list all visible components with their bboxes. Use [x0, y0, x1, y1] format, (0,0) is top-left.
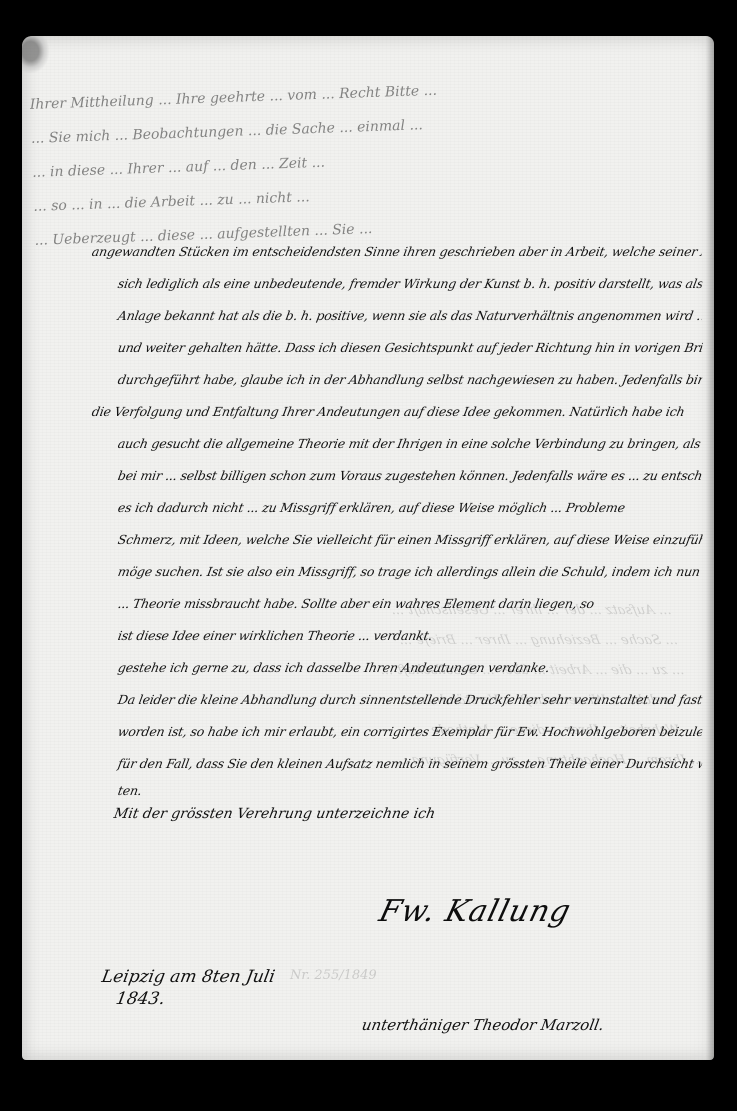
body-line: bei mir ... selbst billigen schon zum Vo…	[89, 460, 705, 492]
body-line: angewandten Stücken im entscheidendsten …	[89, 236, 705, 268]
archive-number: Nr. 255/1849	[290, 968, 377, 983]
body-line: ten.	[90, 780, 704, 802]
signature: Fw. Kallung	[376, 894, 575, 929]
year: 1843.	[96, 988, 273, 1010]
body-line: Anlage bekannt hat als die b. h. positiv…	[89, 300, 705, 332]
body-line: ... Theorie missbraucht habe. Sollte abe…	[89, 588, 705, 620]
body-line: worden ist, so habe ich mir erlaubt, ein…	[89, 716, 705, 748]
sender-name: unterthäniger Theodor Marzoll.	[360, 1016, 605, 1034]
place-date-line: Leipzig am 8ten Juli	[100, 966, 277, 988]
place-and-date: Leipzig am 8ten Juli 1843.	[96, 966, 276, 1010]
body-line: ist diese Idee einer wirklichen Theorie …	[89, 620, 705, 652]
body-line: sich lediglich als eine unbedeutende, fr…	[89, 268, 705, 300]
body-line: gestehe ich gerne zu, dass ich dasselbe …	[89, 652, 705, 684]
body-line: Schmerz, mit Ideen, welche Sie vielleich…	[89, 524, 705, 556]
page-edge-shadow	[706, 36, 714, 1060]
body-line: möge suchen. Ist sie also ein Missgriff,…	[89, 556, 705, 588]
torn-corner	[22, 36, 50, 74]
body-line: auch gesucht die allgemeine Theorie mit …	[89, 428, 705, 460]
body-line: für den Fall, dass Sie den kleinen Aufsa…	[89, 748, 705, 780]
body-line: die Verfolgung und Entfaltung Ihrer Ande…	[89, 396, 705, 428]
letter-body: angewandten Stücken im entscheidendsten …	[92, 236, 702, 802]
body-line: durchgeführt habe, glaube ich in der Abh…	[89, 364, 705, 396]
body-line: und weiter gehalten hätte. Dass ich dies…	[89, 332, 705, 364]
body-line: es ich dadurch nicht ... zu Missgriff er…	[89, 492, 705, 524]
closing-formula: Mit der grössten Verehrung unterzeichne …	[113, 806, 437, 822]
letter-page: ... Aufsatz ... der ... ihrer ... Gesell…	[22, 36, 714, 1060]
body-line: Da leider die kleine Abhandlung durch si…	[89, 684, 705, 716]
cross-writing-top: Ihrer Mittheilung ... Ihre geehrte ... v…	[29, 64, 714, 258]
